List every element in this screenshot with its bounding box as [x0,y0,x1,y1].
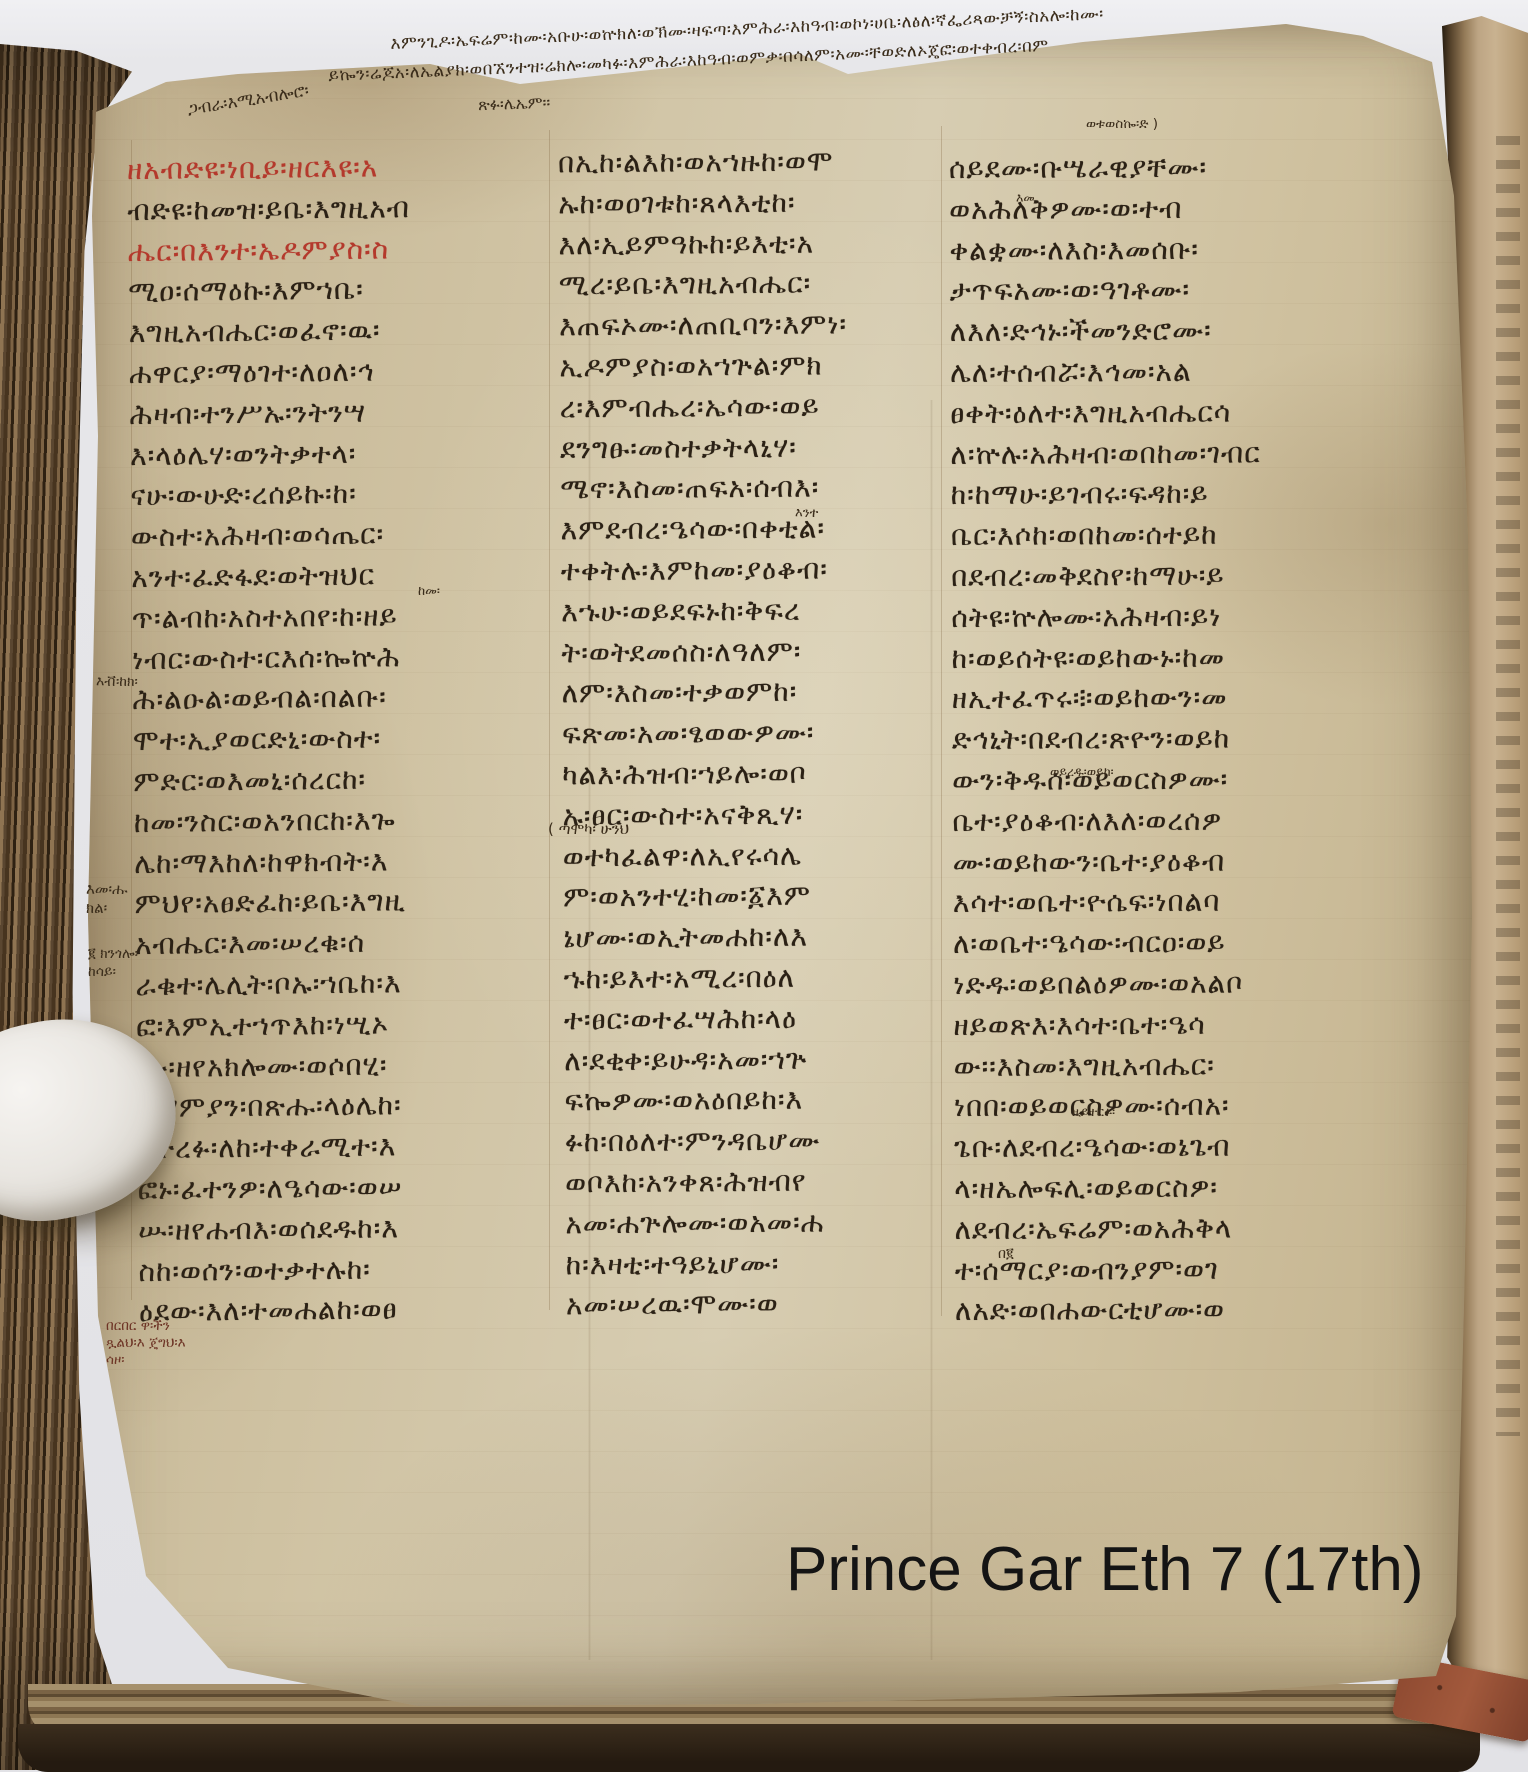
manuscript-text-line: ነብር፡ውስተ፡ርእሰ፡ኰኵሕ [132,635,532,680]
manuscript-text-line: ው፡፡እስመ፡እግዚአብሔር፡ [954,1044,1352,1087]
manuscript-text-line: ሕ፡ልዑል፡ወይብል፡በልቡ፡ [132,676,532,721]
manuscript-text-line: እጠፍኦሙ፡ለጠቢባን፡እምነ፡ [559,304,945,347]
manuscript-text-line: በኢከ፡ልእከ፡ወአኀዙከ፡ወሞ [558,141,944,184]
manuscript-text-line: ጥ፡ልብከ፡አስተአበየ፡ከ፡ዘይ [132,595,532,640]
manuscript-text-line: አመ፡ሐጕሎሙ፡ወአመ፡ሐ [565,1201,951,1244]
manuscript-text-line: ነበበ፡ወይወርስዎሙ፡ሰብአ፡ [954,1085,1352,1128]
manuscript-text-line: ተ፡ሰማርያ፡ወብንያም፡ወገ [955,1248,1353,1291]
manuscript-text-line: ሜኖ፡እስመ፡ጠፍአ፡ሰብእ፡ [560,467,946,510]
fore-edge-page-text [1496,136,1520,1436]
manuscript-text-line: ምህየ፡አፀድፈከ፡ይቤ፡እግዚ [135,880,535,925]
manuscript-text-line: ለ፡ደቂቀ፡ይሁዳ፡አመ፡ኀጕ [564,1038,950,1081]
manuscript-text-line: ነድዱ፡ወይበልዕዎሙ፡ወአልቦ [953,963,1351,1006]
manuscript-text-line: እ፡ላዕሌሃ፡ወንትቃተላ፡ [130,432,530,477]
manuscript-text-line: ኢዶምያስ፡ወአኀጕል፡ምክ [559,345,945,388]
manuscript-text-line: ተ፡ፀር፡ወተፈሣሕከ፡ላዕ [564,997,950,1040]
manuscript-text-line: ላ፡ዘኤሎፍሊ፡ወይወርስዎ፡ [954,1167,1352,1210]
manuscript-text-line: እሳተ፡ወቤተ፡ዮሴፍ፡ነበልባ [953,881,1351,924]
manuscript-text-line: ፀቀት፡ዕለተ፡እግዚአብሔርሳ [950,392,1348,435]
manuscript-text-line: ደንግፁ፡መስተቃትላኒሃ፡ [560,426,946,469]
manuscript-text-line: ውን፡ቅዱሰ፡ወይወርስዎሙ፡ [952,759,1350,802]
manuscript-text-line: ፍጽመ፡አመ፡ፄወውዎሙ፡ [562,712,948,755]
manuscript-text-line: አመ፡ሠረዉ፡ሞሙ፡ወ [566,1283,952,1326]
manuscript-text-line: ሰትዩ፡ኵሎሙ፡አሕዛብ፡ይነ [951,596,1349,639]
manuscript-text-line: ቀልቋሙ፡ለእስ፡እመሰቡ፡ [949,229,1347,272]
manuscript-photo: እምንጊዶ፡ኤፍሬም፡ከሙ፡አቡሁ፡ወኵክለ፡ወኽሙ፡ዛፍጣ፡እምሕራ፡እከዓብ… [0,0,1528,1772]
manuscript-text-line: ሌለ፡ተሰብሯ፡እኅመ፡አል [950,351,1348,394]
manuscript-text-line: አንተ፡ፈድፋደ፡ወትዝህር [131,554,531,599]
manuscript-text-line: ዘይወጽእ፡እሳተ፡ቤተ፡ዔሳ [953,1004,1351,1047]
manuscript-text-line: ፎ፡እምኢተኀጥእከ፡ነሢኦ [136,1003,536,1048]
manuscript-text-line: ከ፡እዛቲ፡ተዓይኒሆሙ፡ [566,1242,952,1285]
interlinear-note-2: እንተ [795,506,818,522]
manuscript-text-line: ወአሕለቅዎሙ፡ወ፡ተብ [949,188,1347,231]
interlinear-note-5: እመ [1016,190,1035,206]
manuscript-text-line: አብሔር፡እመ፡ሠረቁ፡ሰ [135,921,535,966]
manuscript-text-line: ለአድ፡ወበሐውርቲሆሙ፡ወ [955,1289,1353,1332]
left-margin-note-2: እመ፡ሑ ክል፡ [86,880,150,918]
left-margin-note-4: በርበር ዋ፡ችን ጿልህ፡እ ጄግህ፡እ ሳዞ፡ [106,1318,204,1369]
manuscript-text-line: ለእለ፡ድኅኑ፡ችመንድሮሙ፡ [950,310,1348,353]
top-margin-note-line3: ጽፉ፡ሌኤም፡፡ [478,93,551,116]
manuscript-text-line: በደብረ፡መቅደስየ፡ከማሁ፡ይ [951,555,1349,598]
manuscript-text-line: ሚረ፡ይቤ፡እግዚአብሔር፡ [559,263,945,306]
interlinear-note-4: ዚይተርፉ፡ [1072,1104,1115,1120]
interlinear-note-3: ወይረዱ፡ወይከ፡ [1050,764,1114,780]
interlinear-note-1: ከመ፡ [418,584,440,600]
manuscript-text-line: ቀሣምያን፡በጽሑ፡ላዕሌከ፡ [137,1084,537,1129]
manuscript-text-line: ጌቡ፡ለደብረ፡ዔሳው፡ወኔጌብ [954,1126,1352,1169]
text-column-2: በኢከ፡ልእከ፡ወአኀዙከ፡ወሞኡከ፡ወዐገቱከ፡ጸላእቲከ፡እለ፡ኢይምዓኩከ… [558,141,952,1327]
manuscript-text-line: ት፡ወትደመሰስ፡ለዓለም፡ [561,630,947,673]
manuscript-text-line: ከ፡ከማሁ፡ይገብሩ፡ፍዳከ፡ይ [951,473,1349,516]
manuscript-text-line: ወተካፈልዋ፡ለኢየሩሳሌ [563,834,949,877]
manuscript-text-line: ሐዋርያ፡ማዕገተ፡ለዐለ፡ኅ [129,350,529,395]
intercolumn-note-2: በ፪ [998,1246,1014,1264]
manuscript-text-line: ሕዛብ፡ተንሥኡ፡ንትንሣ [129,391,529,436]
manuscript-text-line: ም፡ወአንተሂ፡ከመ፡፩እም [563,875,949,918]
manuscript-text-line: ኁከ፡ይእተ፡አሚረ፡በዕለ [564,957,950,1000]
book-bottom-cover [18,1724,1480,1772]
manuscript-text-line: ሚዐ፡ሰማዕኩ፡እምኀቤ፡ [128,268,528,313]
manuscript-text-line: ቤር፡እሶከ፡ወበከመ፡ሰተይከ [951,514,1349,557]
manuscript-text-line: እምደብረ፡ዔሳው፡በቀቲል፡ [560,508,946,551]
manuscript-text-line: እለ፡ኢይምዓኩከ፡ይእቲ፡አ [558,222,944,265]
manuscript-text-line: ፉከ፡በዕለተ፡ምንዳቤሆሙ [565,1120,951,1163]
column3-overline-note: ወቱወስኰ፡ድ ) [1086,116,1158,133]
text-column-3: ሰይደሙ፡ቡሤራዊያቸሙ፡ወአሕለቅዎሙ፡ወ፡ተብቀልቋሙ፡ለእስ፡እመሰቡ፡ታ… [949,147,1353,1332]
manuscript-text-line: ለደብረ፡ኤፍሬም፡ወአሕቅላ [954,1208,1352,1251]
manuscript-text-line: ለ፡ወቤተ፡ዔሳው፡ብርዐ፡ወይ [953,922,1351,965]
manuscript-text-line: ዘኢተፈጥሩ፨ወይከውን፡መ [952,677,1350,720]
manuscript-text-line: ውስተ፡አሕዛብ፡ወሳጤር፡ [131,513,531,558]
photo-caption: Prince Gar Eth 7 (17th) [786,1534,1424,1605]
manuscript-text-line: ሰይደሙ፡ቡሤራዊያቸሙ፡ [949,147,1347,190]
rubric-text-line: ዘአብድዩ፡ነቢይ፡ዘርእዩ፡አ [127,146,527,191]
manuscript-text-line: ከመ፡ንስር፡ወአንበርከ፡እጐ [134,799,534,844]
manuscript-text-line: ኔሆሙ፡ወኢትመሐከ፡ለእ [563,916,949,959]
manuscript-text-line: ሙ፡ወይከውን፡ቤተ፡ያዕቆብ [953,841,1351,884]
manuscript-text-line: ተቀትሉ፡እምከመ፡ያዕቆብ፡ [561,549,947,592]
manuscript-text-line: ከ፡ወይሰትዩ፡ወይከውኑ፡ከመ [951,637,1349,680]
manuscript-text-line: ቤተ፡ያዕቆብ፡ለእለ፡ወረሰዎ [952,800,1350,843]
column-ruling-line [549,130,550,1310]
manuscript-text-line: ናሁ፡ውሁድ፡ረሰይኩ፡ከ፡ [130,472,530,517]
left-margin-note-1: እቭ፡ከክ፡ [96,674,166,692]
manuscript-text-line: ለ፡ኵሉ፡አሕዛብ፡ወበከመ፡ገብር [950,433,1348,476]
manuscript-text-line: ምድር፡ወእመኒ፡ሰረርከ፡ [133,758,533,803]
manuscript-text-line: እግዚአብሔር፡ወፈኖ፡ዉ፡ [129,309,529,354]
manuscript-text-line: ሌከ፡ማእከለ፡ከዋክብት፡እ [134,839,534,884]
manuscript-text-line: ረ፡እምብሔረ፡ኤሳው፡ወይ [560,385,946,428]
manuscript-text-line: ታጥፍአሙ፡ወ፡ዓገቶሙ፡ [950,269,1348,312]
manuscript-text-line: ለም፡እስመ፡ተቃወምከ፡ [562,671,948,714]
manuscript-text-line: ወቦእከ፡አንቀጸ፡ሕዝብየ [565,1161,951,1204]
intercolumn-note-1: ( ጣሞካ፡ ሁንህ [548,820,642,839]
left-margin-note-3: ፪ ክንጎሎ፡ ከሳይ፡ [88,946,170,981]
rubric-text-line: ሔር፡በእንተ፡ኤዶምያስ፡ስ [128,228,528,273]
manuscript-text-line: ኡከ፡ወዐገቱከ፡ጸላእቲከ፡ [558,181,944,224]
manuscript-text-line: ብድዩ፡ከመዝ፡ይቤ፡እግዚአብ [127,187,527,232]
manuscript-text-line: እኁሁ፡ወይደፍኑከ፡ቅፍረ [561,589,947,632]
manuscript-text-line: ሙ፡ዘየአክሎሙ፡ወሶበሂ፡ [136,1043,536,1088]
manuscript-text-line: ፍኰዎሙ፡ወአዕበይከ፡እ [564,1079,950,1122]
manuscript-text-line: ሞተ፡ኢያወርድኒ፡ውስተ፡ [133,717,533,762]
manuscript-text-line: ድኅኒት፡በደብረ፡ጽዮን፡ወይከ [952,718,1350,761]
manuscript-text-line: ካልእ፡ሕዝብ፡ኀይሎ፡ወቦ [562,753,948,796]
manuscript-text-line: ራቁተ፡ሌሊት፡ቦኡ፡ኀቤከ፡እ [135,962,535,1007]
